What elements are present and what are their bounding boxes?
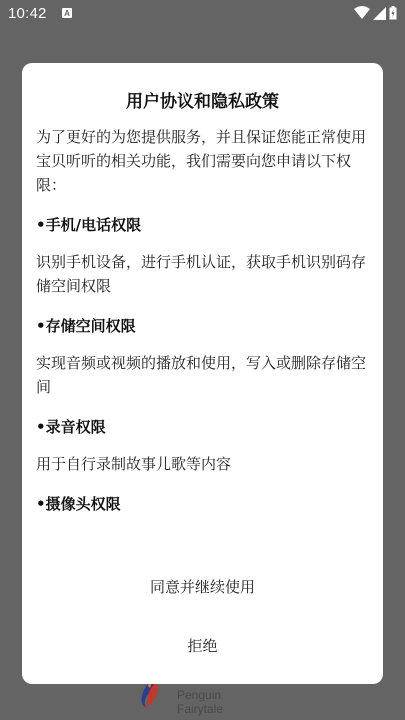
signal-icon [373, 7, 386, 20]
battery-charging-icon [389, 6, 397, 20]
logo-text-en: Penguin Fairytale [177, 688, 268, 716]
section-heading-audio: •录音权限 [36, 415, 372, 439]
section-body-phone: 识别手机设备，进行手机认证，获取手机识别码存储空间权限 [36, 250, 372, 298]
status-time: 10:42 [8, 5, 47, 22]
notification-a-icon: A [62, 8, 72, 18]
section-heading-storage: •存储空间权限 [36, 314, 372, 338]
section-body-audio: 用于自行录制故事儿歌等内容 [36, 452, 372, 476]
dialog-content: 为了更好的为您提供服务，并且保证您能正常使用宝贝听听的相关功能，我们需要向您申请… [36, 125, 372, 516]
section-body-storage: 实现音频或视频的播放和使用，写入或删除存储空间 [36, 351, 372, 399]
status-bar: 10:42 A [0, 0, 405, 28]
reject-button[interactable]: 拒绝 [22, 631, 383, 661]
agree-continue-button[interactable]: 同意并继续使用 [22, 572, 383, 602]
privacy-policy-dialog: 用户协议和隐私政策 为了更好的为您提供服务，并且保证您能正常使用宝贝听听的相关功… [22, 63, 383, 684]
status-icons [354, 6, 397, 20]
section-heading-camera: •摄像头权限 [36, 492, 372, 516]
dialog-title: 用户协议和隐私政策 [22, 87, 383, 112]
section-heading-phone: •手机/电话权限 [36, 213, 372, 237]
wifi-icon [354, 6, 370, 20]
intro-text: 为了更好的为您提供服务，并且保证您能正常使用宝贝听听的相关功能，我们需要向您申请… [36, 125, 372, 197]
